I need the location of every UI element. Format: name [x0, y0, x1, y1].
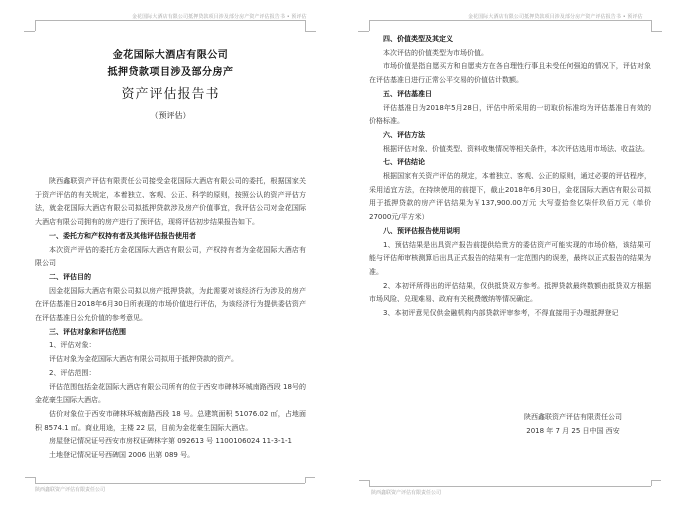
item-label: 1、评估对象：: [35, 339, 306, 353]
section-heading: 五、评估基准日: [369, 88, 651, 102]
header-corner-mark: [651, 31, 662, 32]
item-text: 评估范围包括金花国际大酒店有限公司所有的位于西安市碑林环城南路西段 18号的金花…: [35, 381, 306, 408]
page-footer-text: 陕西鑫联资产评估有限责任公司: [35, 486, 105, 493]
title-company: 金花国际大酒店有限公司: [35, 47, 306, 64]
page-content: 四、价值类型及其定义 本次评估的价值类型为市场价值。 市场价值是指自愿买方和自愿…: [369, 33, 651, 321]
title-subtitle: （预评估）: [35, 109, 306, 123]
section-heading: 三、评估对象和评估范围: [35, 326, 306, 340]
footer-corner-mark: [25, 477, 35, 478]
document-page-right: 金花国际大酒店有限公司抵押贷款项目涉及部分房产资产评估报告书 • 预评估 四、价…: [344, 0, 688, 506]
signature-date: 2018 年 7 月 25 日中国 西安: [524, 424, 622, 438]
section-heading: 六、评估方法: [369, 129, 651, 143]
section-paragraph: 本次资产评估的委托方金花国际大酒店有限公司，产权持有者为金花国际大酒店有限公司: [35, 244, 306, 271]
header-corner-mark: [24, 31, 35, 32]
signature-company: 陕西鑫联资产评估有限责任公司: [524, 410, 622, 424]
page-header-text: 金花国际大酒店有限公司抵押贷款项目涉及部分房产资产评估报告书 • 预评估: [468, 13, 643, 20]
page-content: 金花国际大酒店有限公司 抵押贷款项目涉及部分房产 资产评估报告书 （预评估） 陕…: [35, 47, 306, 463]
title-report: 资产评估报告书: [35, 83, 306, 107]
intro-paragraph: 陕西鑫联资产评估有限责任公司接受金花国际大酒店有限公司的委托，根据国家关于资产评…: [35, 175, 306, 230]
footer-rule: [369, 486, 651, 487]
header-corner-mark: [305, 31, 316, 32]
header-rule: [369, 20, 651, 21]
signature-block: 陕西鑫联资产评估有限责任公司 2018 年 7 月 25 日中国 西安: [524, 410, 622, 438]
section-heading: 二、评估目的: [35, 271, 306, 285]
header-rule: [35, 20, 305, 21]
header-corner-mark: [35, 20, 36, 31]
section-paragraph: 土地登记情况证号西碑国 2006 出第 089 号。: [35, 449, 306, 463]
footer-corner-mark: [359, 480, 369, 481]
section-paragraph: 因金花国际大酒店有限公司拟以房产抵押贷款，为此需要对该经济行为涉及的房产在评估基…: [35, 285, 306, 326]
footer-corner-mark: [305, 477, 315, 478]
section-paragraph: 房屋登记情况证号西安市房权证碑林字第 092613 号 1100106024 1…: [35, 435, 306, 449]
section-paragraph: 估价对象位于西安市碑林环城南路西段 18 号。总建筑面积 51076.02 ㎡，…: [35, 408, 306, 435]
header-corner-mark: [305, 20, 306, 31]
section-paragraph: 市场价值是指自愿买方和自愿卖方在各自理性行事且未受任何强迫的情况下，评估对象在评…: [369, 60, 651, 87]
footer-rule: [35, 483, 305, 484]
document-page-left: 金花国际大酒店有限公司抵押贷款项目涉及部分房产资产评估报告书 • 预评估 金花国…: [0, 0, 344, 506]
section-paragraph: 2、本初评所得出的评估结果，仅供抵贷双方参考。抵押贷款最终数额由抵贷双方根据市场…: [369, 280, 651, 307]
item-label: 2、评估范围：: [35, 367, 306, 381]
page-header-text: 金花国际大酒店有限公司抵押贷款项目涉及部分房产资产评估报告书 • 预评估: [132, 13, 307, 20]
section-paragraph: 根据国家有关资产评估的规定，本着独立、客观、公正的原则，通过必要的评估程序，采用…: [369, 170, 651, 225]
page-footer-text: 陕西鑫联资产评估有限责任公司: [371, 489, 441, 496]
section-heading: 四、价值类型及其定义: [369, 33, 651, 47]
item-text: 评估对象为金花国际大酒店有限公司拟用于抵押贷款的资产。: [35, 353, 306, 367]
report-title-block: 金花国际大酒店有限公司 抵押贷款项目涉及部分房产 资产评估报告书 （预评估）: [35, 47, 306, 123]
footer-corner-mark: [651, 480, 661, 481]
section-heading: 八、预评估报告使用说明: [369, 225, 651, 239]
section-paragraph: 本次评估的价值类型为市场价值。: [369, 47, 651, 61]
header-corner-mark: [369, 20, 370, 31]
section-paragraph: 根据评估对象、价值类型、资料收集情况等相关条件，本次评估选用市场法、收益法。: [369, 143, 651, 157]
section-heading: 一、委托方和产权持有者及其他评估报告使用者: [35, 230, 306, 244]
spacer: [35, 123, 306, 175]
section-paragraph: 评估基准日为2018年5月28日，评估中所采用的一切取价标准均为评估基准日有效的…: [369, 102, 651, 129]
header-corner-mark: [358, 31, 369, 32]
section-paragraph: 1、预估结果是出具资产报告前提供给贵方的委估资产可能实现的市场价格，该结果可能与…: [369, 239, 651, 280]
header-corner-mark: [651, 20, 652, 31]
section-paragraph: 3、本初评意见仅供金融机构内部贷款评审参考，不得直接用于办理抵押登记: [369, 307, 651, 321]
title-project: 抵押贷款项目涉及部分房产: [35, 64, 306, 81]
section-heading: 七、评估结论: [369, 156, 651, 170]
